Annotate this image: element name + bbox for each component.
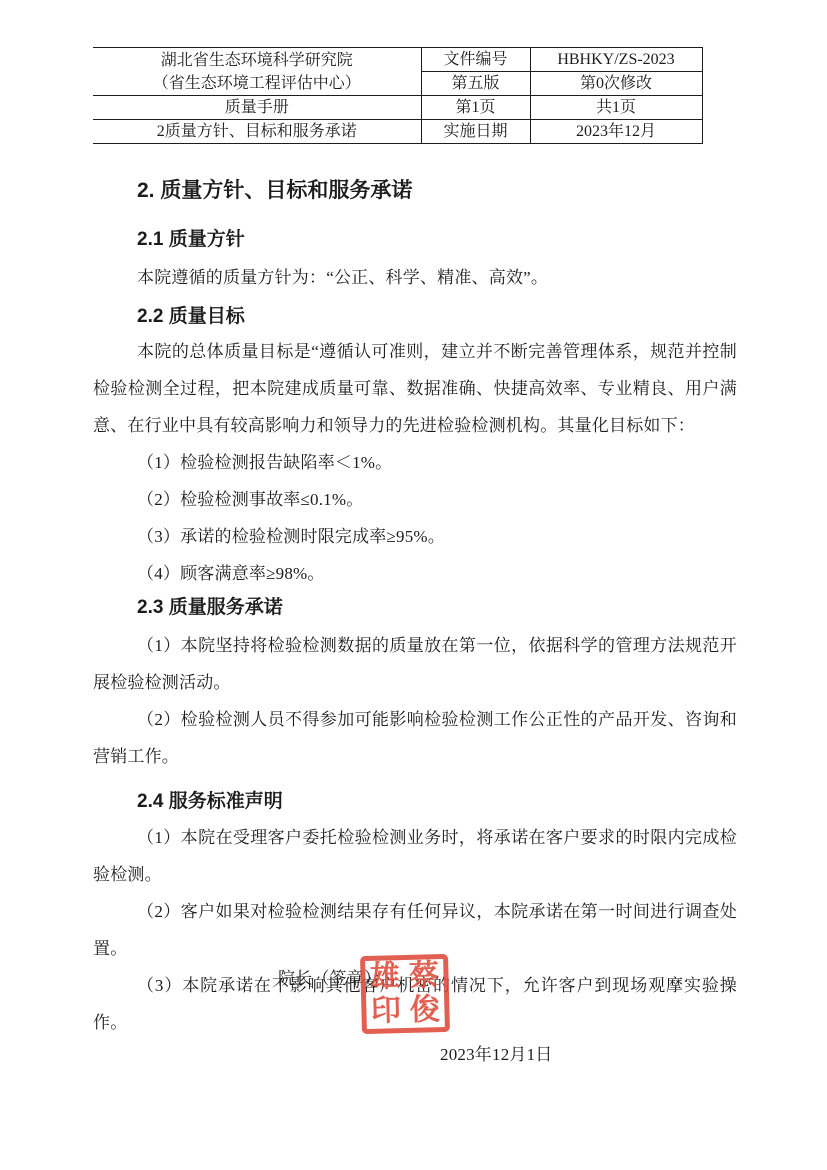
manual-title-cell: 质量手册	[93, 96, 421, 120]
table-row: 湖北省生态环境科学研究院 （省生态环境工程评估中心） 文件编号 HBHKY/ZS…	[93, 48, 702, 72]
list-item-goal-3: （3）承诺的检验检测时限完成率≥95%。	[93, 518, 737, 555]
list-item-goal-1: （1）检验检测报告缺陷率＜1%。	[93, 444, 737, 481]
implement-date-label: 实施日期	[421, 120, 530, 144]
list-item-goal-4: （4）顾客满意率≥98%。	[93, 555, 737, 592]
doc-number-value: HBHKY/ZS-2023	[530, 48, 702, 72]
seal-char-4: 俊	[405, 993, 445, 1028]
table-row: 质量手册 第1页 共1页	[93, 96, 702, 120]
chapter-title-cell: 2质量方针、目标和服务承诺	[93, 120, 421, 144]
org-name-line2: （省生态环境工程评估中心）	[95, 72, 419, 95]
seal-char-2: 蔡	[404, 959, 444, 994]
section-heading-2-4: 2.4 服务标准声明	[137, 789, 737, 814]
org-name-line1: 湖北省生态环境科学研究院	[95, 49, 419, 72]
document-content: 湖北省生态环境科学研究院 （省生态环境工程评估中心） 文件编号 HBHKY/ZS…	[93, 47, 737, 1041]
section-heading-2: 2. 质量方针、目标和服务承诺	[137, 177, 737, 204]
signature-date: 2023年12月1日	[440, 1040, 553, 1065]
total-pages-cell: 共1页	[530, 96, 702, 120]
list-item-standard-1: （1）本院在受理客户委托检验检测业务时，将承诺在客户要求的时限内完成检验检测。	[93, 819, 737, 893]
implement-date-value: 2023年12月	[530, 120, 702, 144]
table-row: 2质量方针、目标和服务承诺 实施日期 2023年12月	[93, 120, 702, 144]
section-heading-2-1: 2.1 质量方针	[137, 227, 737, 252]
org-name-cell: 湖北省生态环境科学研究院 （省生态环境工程评估中心）	[93, 48, 421, 96]
paragraph-quality-goal: 本院的总体质量目标是“遵循认可准则，建立并不断完善管理体系，规范并控制检验检测全…	[93, 333, 737, 444]
seal-char-3: 印	[366, 994, 406, 1029]
version-cell: 第五版	[421, 72, 530, 96]
revision-cell: 第0次修改	[530, 72, 702, 96]
document-page: 湖北省生态环境科学研究院 （省生态环境工程评估中心） 文件编号 HBHKY/ZS…	[0, 0, 827, 1170]
header-table: 湖北省生态环境科学研究院 （省生态环境工程评估中心） 文件编号 HBHKY/ZS…	[93, 47, 703, 144]
page-number-cell: 第1页	[421, 96, 530, 120]
list-item-service-2: （2）检验检测人员不得参加可能影响检验检测工作公正性的产品开发、咨询和营销工作。	[93, 701, 737, 775]
list-item-service-1: （1）本院坚持将检验检测数据的质量放在第一位，依据科学的管理方法规范开展检验检测…	[93, 627, 737, 701]
doc-number-label: 文件编号	[421, 48, 530, 72]
section-heading-2-3: 2.3 质量服务承诺	[137, 595, 737, 620]
seal-char-1: 雄	[365, 960, 405, 995]
list-item-goal-2: （2）检验检测事故率≤0.1%。	[93, 481, 737, 518]
paragraph-quality-policy: 本院遵循的质量方针为：“公正、科学、精准、高效”。	[93, 259, 737, 296]
section-heading-2-2: 2.2 质量目标	[137, 304, 737, 329]
red-name-seal: 雄 蔡 印 俊	[360, 954, 450, 1034]
